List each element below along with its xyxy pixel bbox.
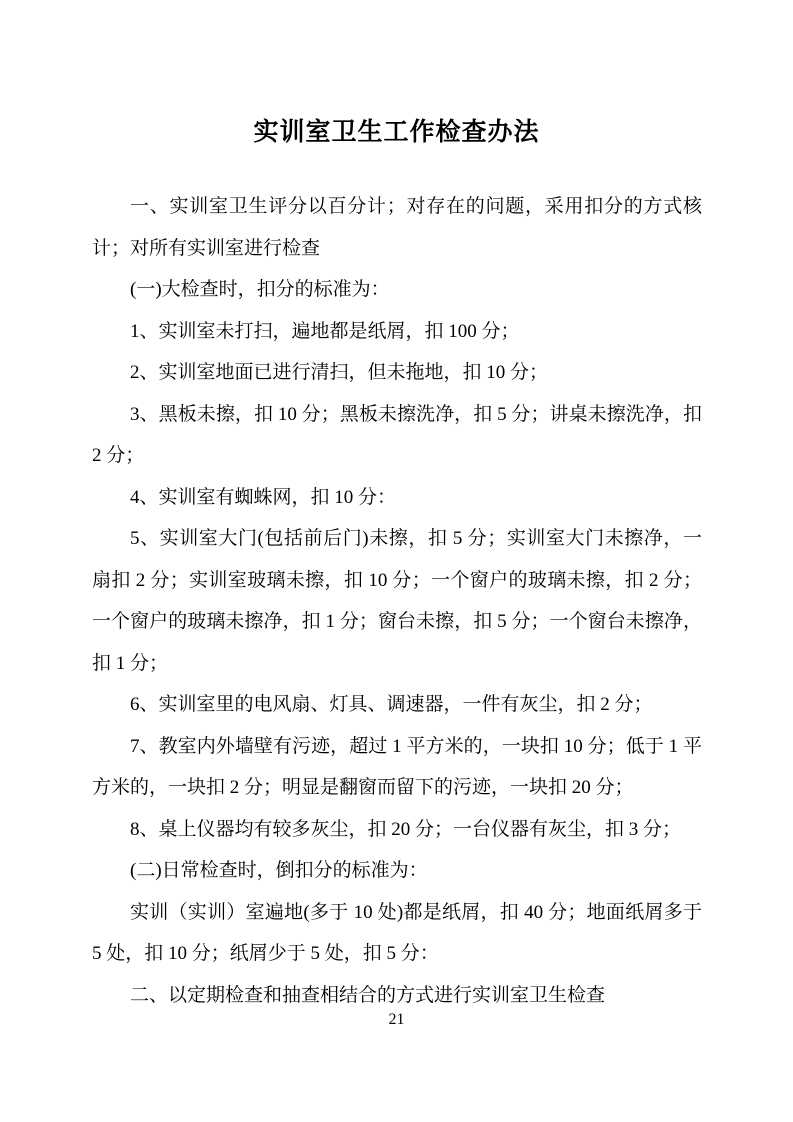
paragraph-item-8: 8、桌上仪器均有较多灰尘，扣 20 分；一台仪器有灰尘，扣 3 分； [92, 809, 702, 851]
paragraph-item-4: 4、实训室有蜘蛛网，扣 10 分： [92, 477, 702, 519]
paragraph-section-1: (一)大检查时，扣分的标准为： [92, 269, 702, 311]
paragraph-item-6: 6、实训室里的电风扇、灯具、调速器，一件有灰尘，扣 2 分； [92, 684, 702, 726]
page-number: 21 [0, 1008, 793, 1032]
paragraph-item-3: 3、黑板未擦，扣 10 分；黑板未擦洗净，扣 5 分；讲桌未擦洗净，扣 2 分； [92, 394, 702, 477]
document-title: 实训室卫生工作检查办法 [0, 112, 793, 148]
paragraph-daily-detail: 实训（实训）室遍地(多于 10 处)都是纸屑，扣 40 分；地面纸屑多于 5 处… [92, 892, 702, 975]
paragraph-item-5: 5、实训室大门(包括前后门)未擦，扣 5 分；实训室大门未擦净，一扇扣 2 分；… [92, 518, 702, 684]
paragraph-item-2: 2、实训室地面已进行清扫，但未拖地，扣 10 分； [92, 352, 702, 394]
paragraph-intro: 一、实训室卫生评分以百分计；对存在的问题，采用扣分的方式核计；对所有实训室进行检… [92, 186, 702, 269]
document-body: 一、实训室卫生评分以百分计；对存在的问题，采用扣分的方式核计；对所有实训室进行检… [92, 186, 702, 1016]
paragraph-section-2: (二)日常检查时，倒扣分的标准为： [92, 850, 702, 892]
paragraph-item-1: 1、实训室未打扫，遍地都是纸屑，扣 100 分； [92, 311, 702, 353]
document-page: 实训室卫生工作检查办法 一、实训室卫生评分以百分计；对存在的问题，采用扣分的方式… [0, 0, 793, 1122]
paragraph-item-7: 7、教室内外墙壁有污迹，超过 1 平方米的，一块扣 10 分；低于 1 平方米的… [92, 726, 702, 809]
